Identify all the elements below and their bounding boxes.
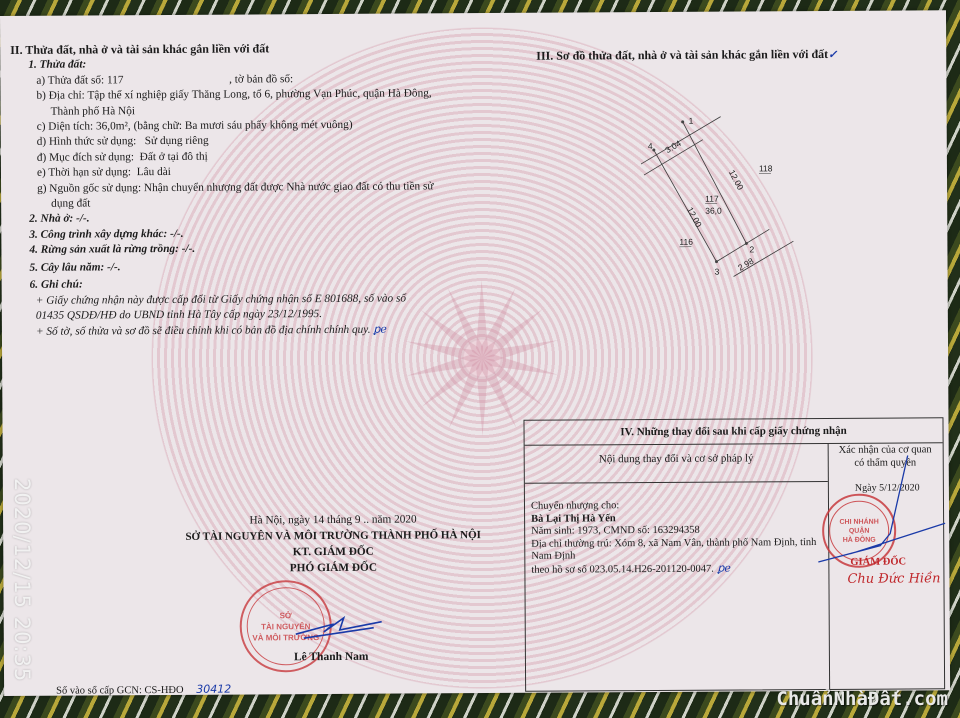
entry-address: Địa chỉ thường trú: Xóm 8, xã Nam Vân, t… bbox=[531, 537, 816, 551]
signer-name: Lê Thanh Nam bbox=[294, 651, 369, 663]
certificate-page: II. Thửa đất, nhà ở và tài sản khác gắn … bbox=[0, 10, 950, 696]
initials-mark: ꝑe bbox=[714, 562, 731, 575]
initials-mark: ꝑe bbox=[373, 323, 387, 336]
edge-3-2: 2.98 bbox=[736, 256, 756, 273]
usage-form-value: Sử dụng riêng bbox=[145, 135, 209, 147]
parcel-area-label: 36,0 bbox=[705, 206, 722, 216]
section4-title: IV. Những thay đổi sau khi cấp giấy chứn… bbox=[525, 424, 943, 439]
registration-label: Số vào sổ cấp GCN: CS-HĐO bbox=[56, 685, 184, 696]
director-name: Chu Đức Hiền bbox=[847, 571, 940, 587]
perennial-row: 5. Cây lâu năm: -/-. bbox=[11, 258, 434, 276]
signer-signature bbox=[294, 612, 384, 643]
corner-3: 3 bbox=[715, 267, 720, 277]
area-label: c) Diện tích: bbox=[37, 120, 94, 132]
address-line1: Tập thể xí nghiệp giấy Thăng Long, tổ 6,… bbox=[87, 88, 431, 102]
parcel-label: a) Thửa đất số: bbox=[36, 74, 104, 86]
edge-1-2: 12.00 bbox=[727, 168, 746, 192]
table-divider bbox=[525, 481, 828, 484]
photo-timestamp: 2020/12/15 20:35 bbox=[10, 478, 34, 682]
section3-title: III. Sơ đồ thửa đất, nhà ở và tài sản kh… bbox=[536, 47, 837, 64]
parcel-number: 117 bbox=[107, 74, 124, 86]
parcel-id-label: 117 bbox=[705, 194, 719, 204]
map-sheet-label: , tờ bản đồ số: bbox=[229, 73, 293, 85]
note1-line1: + Giấy chứng nhận này được cấp đổi từ Gi… bbox=[12, 291, 435, 309]
origin-line1: Nhận chuyển nhượng đất được Nhà nước gia… bbox=[144, 180, 434, 194]
issuer-signature-block: Hà Nội, ngày 14 tháng 9 .. năm 2020 SỞ T… bbox=[153, 511, 513, 577]
address-row: b) Địa chỉ: Tập thể xí nghiệp giấy Thăng… bbox=[10, 87, 433, 105]
section-land-details: II. Thửa đất, nhà ở và tài sản khác gắn … bbox=[10, 40, 434, 340]
issuing-agency: SỞ TÀI NGUYÊN VÀ MÔI TRƯỜNG THÀNH PHỐ HÀ… bbox=[153, 527, 513, 545]
column-header-changes: Nội dung thay đổi và cơ sở pháp lý bbox=[525, 452, 828, 466]
role-line2: PHÓ GIÁM ĐỐC bbox=[153, 559, 513, 577]
change-entry: Chuyển nhượng cho: Bà Lại Thị Hà Yến Năm… bbox=[531, 499, 817, 577]
forest-row: 4. Rừng sản xuất là rừng trồng: -/-. bbox=[11, 241, 434, 259]
section3-title-text: III. Sơ đồ thửa đất, nhà ở và tài sản kh… bbox=[536, 47, 828, 63]
parcel-sketch: 1 2 3 4 3.04 12.00 12.00 2.98 117 36,0 1… bbox=[641, 111, 842, 302]
registration-number: Số vào sổ cấp GCN: CS-HĐO 30412 bbox=[56, 683, 231, 696]
address-label: b) Địa chỉ: bbox=[36, 90, 84, 102]
entry-dossier-row: theo hồ sơ số 023.05.14.H26-201120-0047.… bbox=[531, 562, 816, 577]
purpose-value: Đất ở tại đô thị bbox=[140, 151, 208, 163]
neighbor-118: 118 bbox=[759, 163, 773, 173]
edge-4-3: 12.00 bbox=[685, 205, 704, 229]
director-title: GIÁM ĐỐC bbox=[850, 556, 906, 567]
director-signature bbox=[810, 453, 950, 564]
stamp-line: SỞ bbox=[280, 610, 292, 621]
term-label: e) Thời hạn sử dụng: bbox=[37, 166, 131, 179]
neighbor-116: 116 bbox=[679, 237, 693, 247]
usage-form-label: d) Hình thức sử dụng: bbox=[37, 136, 137, 149]
origin-label: g) Nguồn gốc sử dụng: bbox=[37, 182, 141, 195]
origin-row: g) Nguồn gốc sử dụng: Nhận chuyển nhượng… bbox=[11, 179, 434, 197]
check-mark: ✓ bbox=[828, 48, 837, 61]
note2: + Số tờ, số thửa và sơ đồ sẽ điều chỉnh … bbox=[36, 324, 371, 338]
site-watermark: ChuẩnNhàĐất.com bbox=[776, 688, 948, 710]
area-value: 36,0m², (bằng chữ: Ba mươi sáu phẩy khôn… bbox=[96, 119, 353, 133]
purpose-label: đ) Mục đích sử dụng: bbox=[37, 151, 134, 164]
corner-4: 4 bbox=[648, 141, 653, 151]
changes-table: IV. Những thay đổi sau khi cấp giấy chứn… bbox=[523, 417, 945, 692]
entry-dossier: theo hồ sơ số 023.05.14.H26-201120-0047. bbox=[531, 564, 714, 576]
registration-value: 30412 bbox=[196, 683, 231, 696]
corner-1: 1 bbox=[689, 116, 694, 126]
term-value: Lâu dài bbox=[137, 166, 171, 178]
note2-row: + Số tờ, số thửa và sơ đồ sẽ điều chỉnh … bbox=[12, 322, 435, 341]
corner-2: 2 bbox=[749, 244, 754, 254]
